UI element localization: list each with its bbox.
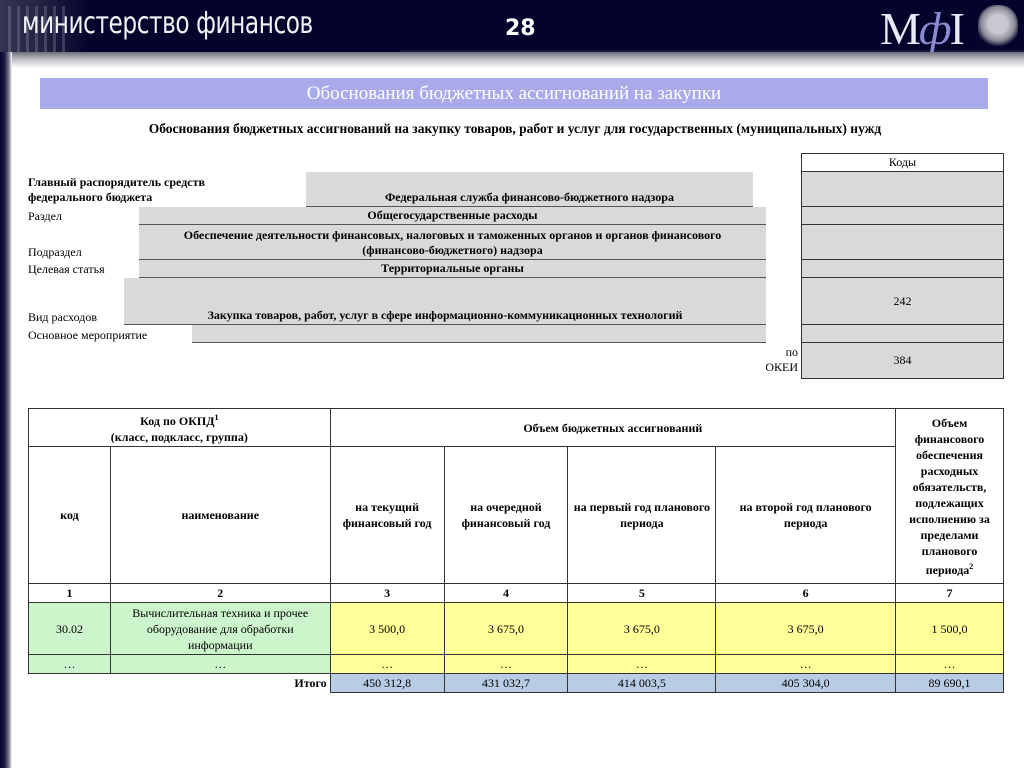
total-plan2: 405 304,0 — [716, 674, 896, 693]
okei-label: по ОКЕИ — [752, 345, 798, 375]
total-plan1: 414 003,5 — [568, 674, 716, 693]
cell-code[interactable]: … — [29, 655, 111, 674]
code-target-article[interactable] — [802, 260, 1003, 278]
col-number: 7 — [896, 584, 1004, 603]
banner-title: Обоснования бюджетных ассигнований на за… — [307, 83, 721, 105]
section-field[interactable]: Общегосударственные расходы — [139, 207, 766, 225]
target-article-field[interactable]: Территориальные органы — [139, 260, 766, 278]
cell-beyond[interactable]: 1 500,0 — [896, 603, 1004, 655]
app-header: министерство финансов 28 МфІ — [0, 0, 1024, 52]
expense-type-label: Вид расходов — [28, 310, 97, 325]
main-manager-field[interactable]: Федеральная служба финансово-бюджетного … — [306, 172, 753, 207]
logo-m: М — [880, 3, 919, 52]
col-number: 6 — [716, 584, 896, 603]
cell-beyond[interactable]: … — [896, 655, 1004, 674]
cell-code[interactable]: 30.02 — [29, 603, 111, 655]
ministry-logo: МфІ — [880, 2, 963, 52]
ministry-title: министерство финансов — [22, 6, 313, 41]
cell-plan2[interactable]: 3 675,0 — [716, 603, 896, 655]
total-beyond: 89 690,1 — [896, 674, 1004, 693]
col-name-header: наименование — [110, 447, 330, 584]
cell-next[interactable]: … — [444, 655, 568, 674]
col-next-year-header: на очередной финансовый год — [444, 447, 568, 584]
cell-next[interactable]: 3 675,0 — [444, 603, 568, 655]
allocations-header: Объем бюджетных ассигнований — [330, 409, 895, 447]
slide-title-banner: Обоснования бюджетных ассигнований на за… — [40, 78, 988, 109]
total-next: 431 032,7 — [444, 674, 568, 693]
logo-phi: ф — [919, 3, 950, 52]
column-numbers-row: 1 2 3 4 5 6 7 — [29, 584, 1004, 603]
col-number: 1 — [29, 584, 111, 603]
subsection-label: Подраздел — [28, 245, 82, 260]
coat-of-arms-icon — [978, 5, 1018, 47]
code-main-manager[interactable] — [802, 172, 1003, 207]
total-current: 450 312,8 — [330, 674, 444, 693]
col-plan-year1-header: на первый год планового периода — [568, 447, 716, 584]
codes-header: Коды — [802, 154, 1003, 172]
main-event-field[interactable] — [192, 325, 766, 343]
main-manager-label: Главный распорядитель средств федерально… — [28, 175, 268, 205]
code-okei[interactable]: 384 — [802, 343, 1003, 378]
col-number: 5 — [568, 584, 716, 603]
left-frame-edge — [0, 52, 12, 768]
cell-current[interactable]: 3 500,0 — [330, 603, 444, 655]
code-section[interactable] — [802, 207, 1003, 225]
col-plan-year2-header: на второй год планового периода — [716, 447, 896, 584]
okpd-header: Код по ОКПД1(класс, подкласс, группа) — [29, 409, 331, 447]
cell-plan2[interactable]: … — [716, 655, 896, 674]
code-main-event[interactable] — [802, 325, 1003, 343]
codes-panel: Коды 242 384 — [801, 153, 1004, 379]
allocations-table: Код по ОКПД1(класс, подкласс, группа) Об… — [28, 408, 1004, 693]
expense-type-field[interactable]: Закупка товаров, работ, услуг в сфере ин… — [124, 278, 766, 325]
table-row: … … … … … … … — [29, 655, 1004, 674]
slide-number: 28 — [505, 16, 536, 41]
target-article-label: Целевая статья — [28, 262, 105, 277]
col-code-header: код — [29, 447, 111, 584]
col-number: 2 — [110, 584, 330, 603]
section-label: Раздел — [28, 209, 62, 224]
table-row: 30.02 Вычислительная техника и прочее об… — [29, 603, 1004, 655]
cell-name[interactable]: … — [110, 655, 330, 674]
cell-name[interactable]: Вычислительная техника и прочее оборудов… — [110, 603, 330, 655]
code-expense-type[interactable]: 242 — [802, 278, 1003, 325]
col-number: 3 — [330, 584, 444, 603]
logo-i: І — [950, 3, 963, 52]
cell-plan1[interactable]: 3 675,0 — [568, 603, 716, 655]
main-event-label: Основное мероприятие — [28, 328, 147, 343]
col-number: 4 — [444, 584, 568, 603]
header-shadow — [0, 52, 1024, 68]
form-subtitle: Обоснования бюджетных ассигнований на за… — [0, 121, 1024, 137]
col-current-year-header: на текущий финансовый год — [330, 447, 444, 584]
cell-current[interactable]: … — [330, 655, 444, 674]
total-row: Итого 450 312,8 431 032,7 414 003,5 405 … — [29, 674, 1004, 693]
total-label: Итого — [29, 674, 331, 693]
beyond-period-header: Объем финансового обеспечения расходных … — [896, 409, 1004, 584]
subsection-field[interactable]: Обеспечение деятельности финансовых, нал… — [139, 225, 766, 260]
code-subsection[interactable] — [802, 225, 1003, 260]
cell-plan1[interactable]: … — [568, 655, 716, 674]
